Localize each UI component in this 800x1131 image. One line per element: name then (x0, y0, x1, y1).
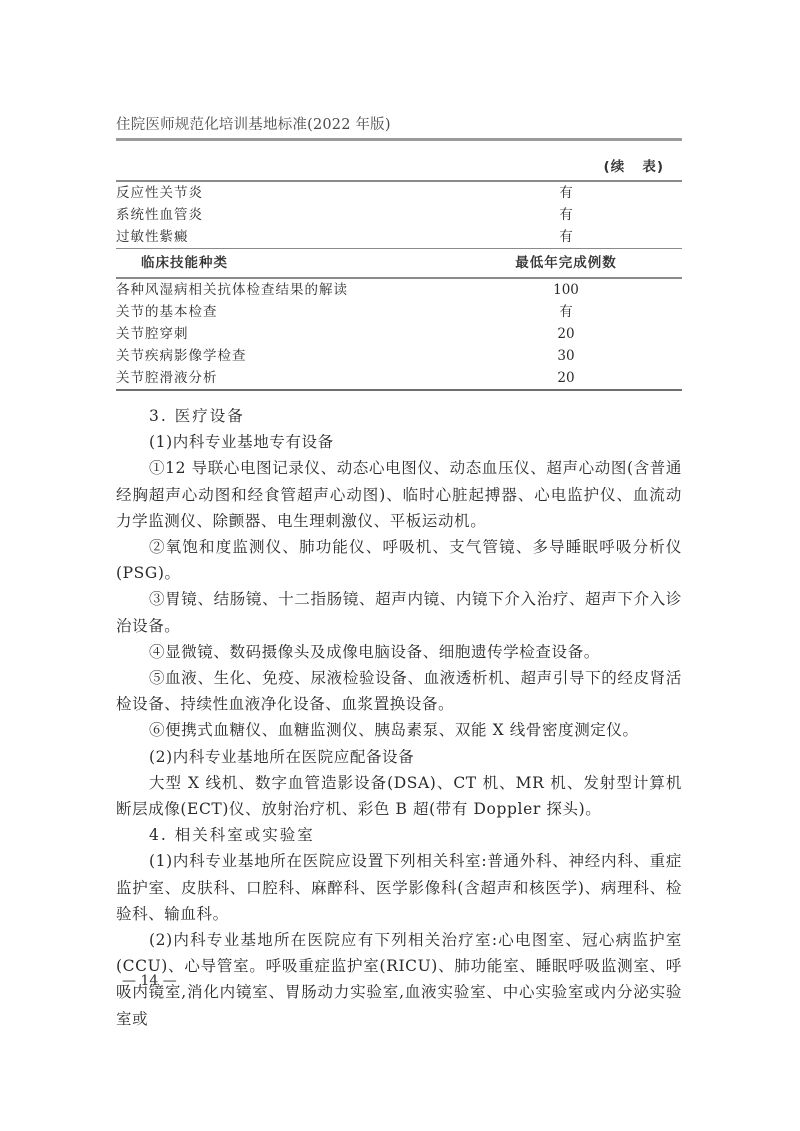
row-item: 反应性关节炎 (116, 182, 203, 204)
page-number: — 14 — (122, 973, 177, 989)
paragraph: (1)内科专业基地所在医院应设置下列相关科室:普通外科、神经内科、重症监护室、皮… (116, 848, 682, 927)
section-heading-medical-equipment: 3. 医疗设备 (116, 403, 682, 429)
row-item: 各种风湿病相关抗体检查结果的解读 (116, 279, 348, 301)
header-rule (116, 138, 682, 141)
paragraph: 大型 X 线机、数字血管造影设备(DSA)、CT 机、MR 机、发射型计算机断层… (116, 770, 682, 822)
row-item: 关节的基本检查 (116, 301, 218, 323)
paragraph: ④显微镜、数码摄像头及成像电脑设备、细胞遗传学检查设备。 (116, 639, 682, 665)
running-header: 住院医师规范化培训基地标准(2022 年版) (116, 113, 391, 134)
paragraph: ⑤血液、生化、免疫、尿液检验设备、血液透析机、超声引导下的经皮肾活检设备、持续性… (116, 665, 682, 717)
table-row: 反应性关节炎 有 (116, 182, 682, 204)
row-value: 20 (516, 367, 616, 389)
row-item: 关节腔穿刺 (116, 323, 189, 345)
row-value: 有 (516, 204, 616, 226)
skills-table: 反应性关节炎 有 系统性血管炎 有 过敏性紫癜 有 临床技能种类 最低年完成例数… (116, 180, 682, 391)
column-header-skill-type: 临床技能种类 (141, 249, 228, 277)
row-item: 过敏性紫癜 (116, 226, 189, 248)
subsection-heading: (1)内科专业基地专有设备 (116, 429, 682, 455)
subsection-heading: (2)内科专业基地所在医院应配备设备 (116, 744, 682, 770)
row-value: 100 (516, 279, 616, 301)
row-item: 关节疾病影像学检查 (116, 345, 247, 367)
paragraph: ⑥便携式血糖仪、血糖监测仪、胰岛素泵、双能 X 线骨密度测定仪。 (116, 717, 682, 743)
table-row: 过敏性紫癜 有 (116, 226, 682, 248)
paragraph: ②氧饱和度监测仪、肺功能仪、呼吸机、支气管镜、多导睡眠呼吸分析仪(PSG)。 (116, 534, 682, 586)
table-continued-label: (续 表) (604, 155, 664, 175)
table-row: 关节疾病影像学检查 30 (116, 345, 682, 367)
paragraph: (2)内科专业基地所在医院应有下列相关治疗室:心电图室、冠心病监护室(CCU)、… (116, 927, 682, 1032)
row-value: 有 (516, 301, 616, 323)
row-value: 30 (516, 345, 616, 367)
section-heading-related-departments: 4. 相关科室或实验室 (116, 822, 682, 848)
table-row: 各种风湿病相关抗体检查结果的解读 100 (116, 279, 682, 301)
column-header-min-cases: 最低年完成例数 (496, 249, 636, 277)
table-row: 系统性血管炎 有 (116, 204, 682, 226)
table-header-row: 临床技能种类 最低年完成例数 (116, 249, 682, 277)
table-row: 关节腔穿刺 20 (116, 323, 682, 345)
row-value: 20 (516, 323, 616, 345)
table-bottom-rule (116, 389, 682, 391)
table-row: 关节腔滑液分析 20 (116, 367, 682, 389)
row-value: 有 (516, 226, 616, 248)
row-item: 关节腔滑液分析 (116, 367, 218, 389)
row-item: 系统性血管炎 (116, 204, 203, 226)
paragraph: ③胃镜、结肠镜、十二指肠镜、超声内镜、内镜下介入治疗、超声下介入诊治设备。 (116, 586, 682, 638)
body-text: 3. 医疗设备 (1)内科专业基地专有设备 ①12 导联心电图记录仪、动态心电图… (116, 403, 682, 1032)
row-value: 有 (516, 182, 616, 204)
paragraph: ①12 导联心电图记录仪、动态心电图仪、动态血压仪、超声心动图(含普通经胸超声心… (116, 455, 682, 534)
table-row: 关节的基本检查 有 (116, 301, 682, 323)
